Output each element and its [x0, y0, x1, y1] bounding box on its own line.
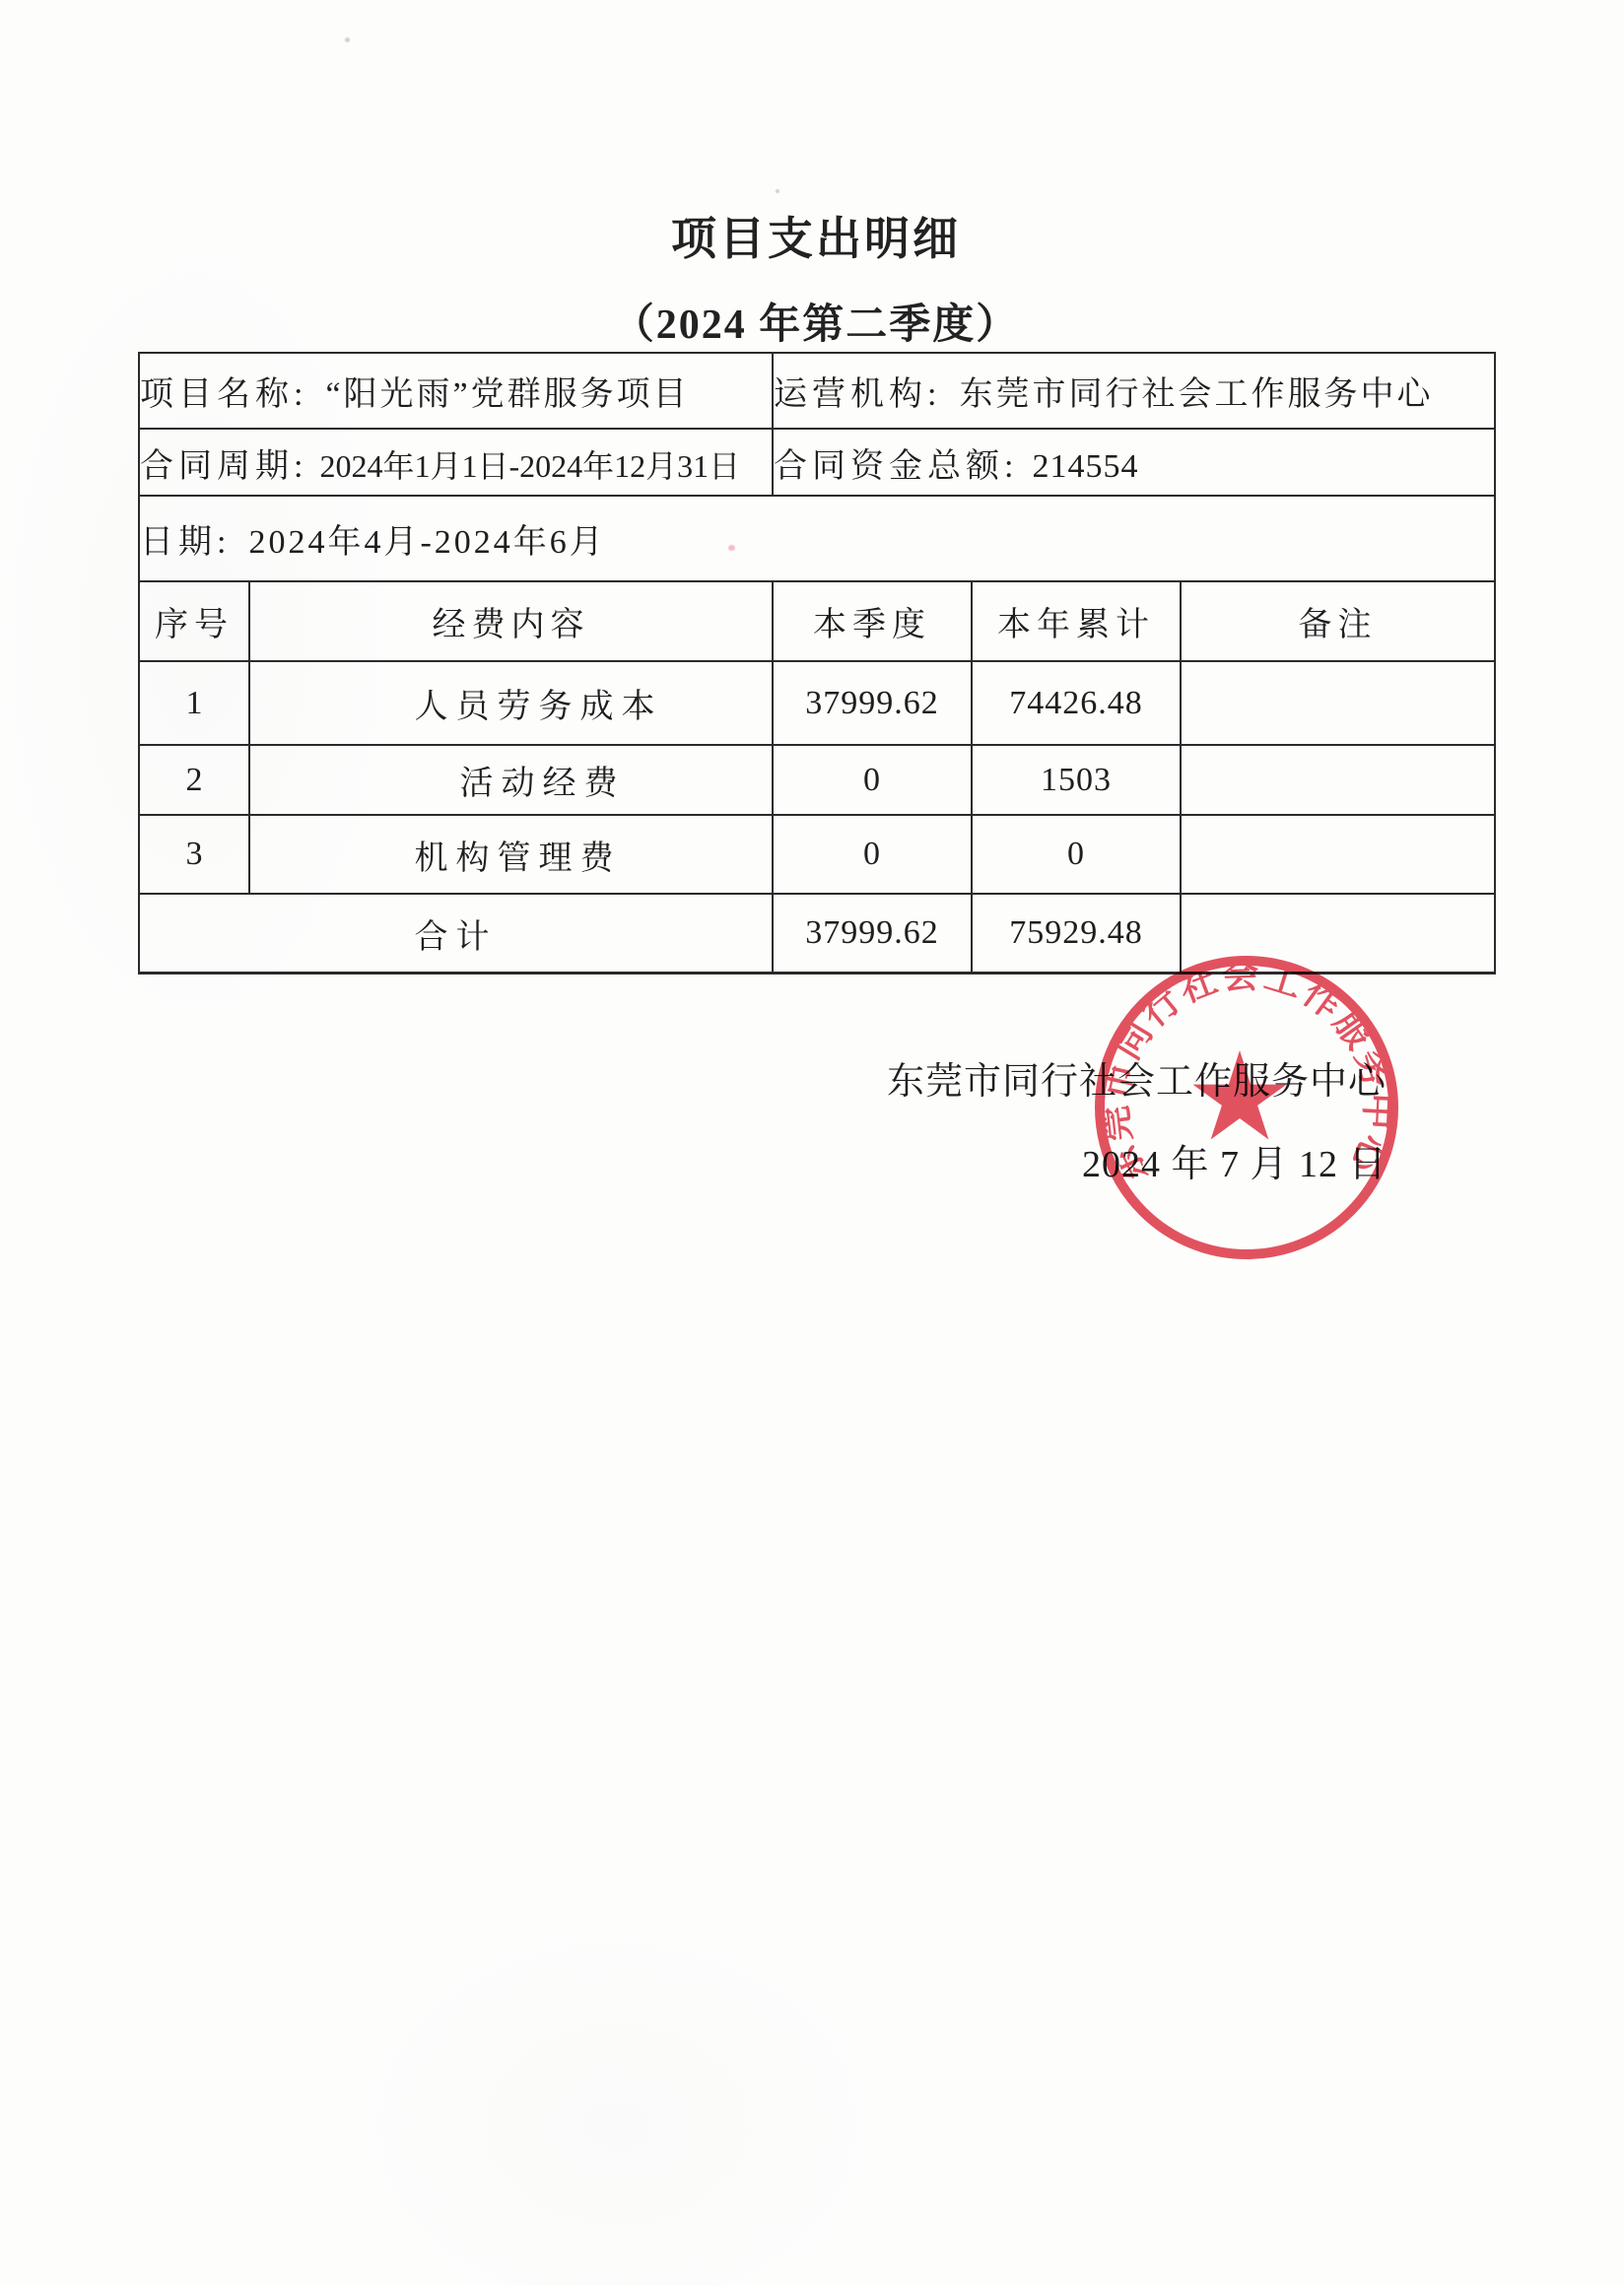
- row-quarter: 0: [773, 745, 972, 815]
- contract-amount-cell: 合同资金总额:214554: [773, 429, 1495, 496]
- total-quarter: 37999.62: [773, 894, 972, 974]
- stamp-ring-icon: [1100, 961, 1393, 1254]
- table-row: 日期:2024年4月-2024年6月: [139, 496, 1495, 581]
- document-subtitle: （2024 年第二季度）: [138, 292, 1494, 351]
- row-note: [1181, 661, 1495, 745]
- date-label: 日期:: [140, 524, 231, 561]
- header-no: 序号: [139, 581, 249, 661]
- row-content: 机构管理费: [249, 815, 773, 894]
- expenditure-table: 项目名称:“阳光雨”党群服务项目 运营机构:东莞市同行社会工作服务中心 合同周期…: [138, 352, 1496, 974]
- date-cell: 日期:2024年4月-2024年6月: [139, 496, 1495, 581]
- table-row: 2 活动经费 0 1503: [139, 745, 1495, 815]
- scan-speck: [345, 37, 350, 42]
- signature-organization: 东莞市同行社会工作服务中心: [887, 1050, 1399, 1105]
- row-quarter: 0: [773, 815, 972, 894]
- project-name-label: 项目名称:: [140, 376, 307, 413]
- contract-amount-label: 合同资金总额:: [774, 448, 1018, 485]
- row-content: 人员劳务成本: [249, 661, 773, 745]
- row-content: 活动经费: [249, 745, 773, 815]
- document-title: 项目支出明细: [138, 203, 1494, 268]
- header-content: 经费内容: [249, 581, 773, 661]
- row-ytd: 74426.48: [972, 661, 1181, 745]
- contract-period-cell: 合同周期:2024年1月1日-2024年12月31日: [139, 429, 773, 496]
- official-seal-stamp: 东莞市同行社会工作服务中心: [1091, 952, 1402, 1263]
- row-note: [1181, 815, 1495, 894]
- project-name-cell: 项目名称:“阳光雨”党群服务项目: [139, 353, 773, 429]
- row-note: [1181, 745, 1495, 815]
- operator-value: 东莞市同行社会工作服务中心: [959, 376, 1433, 413]
- total-label: 合计: [139, 894, 773, 974]
- row-no: 3: [139, 815, 249, 894]
- contract-amount-value: 214554: [1032, 448, 1138, 485]
- total-note: [1181, 894, 1495, 974]
- operator-label: 运营机构:: [774, 376, 941, 413]
- table-row: 3 机构管理费 0 0: [139, 815, 1495, 894]
- total-ytd: 75929.48: [972, 894, 1181, 974]
- row-ytd: 0: [972, 815, 1181, 894]
- table-row: 项目名称:“阳光雨”党群服务项目 运营机构:东莞市同行社会工作服务中心: [139, 353, 1495, 429]
- scanned-document-page: 项目支出明细 （2024 年第二季度） 项目名称:“阳光雨”党群服务项目 运营机…: [0, 0, 1624, 2285]
- signature-date: 2024 年 7 月 12 日: [1082, 1133, 1496, 1187]
- row-no: 1: [139, 661, 249, 745]
- table-total-row: 合计 37999.62 75929.48: [139, 894, 1495, 974]
- row-ytd: 1503: [972, 745, 1181, 815]
- header-quarter: 本季度: [773, 581, 972, 661]
- scan-speck: [776, 189, 779, 193]
- row-no: 2: [139, 745, 249, 815]
- date-value: 2024年4月-2024年6月: [248, 524, 605, 561]
- header-ytd: 本年累计: [972, 581, 1181, 661]
- row-quarter: 37999.62: [773, 661, 972, 745]
- table-row: 合同周期:2024年1月1日-2024年12月31日 合同资金总额:214554: [139, 429, 1495, 496]
- project-name-value: “阳光雨”党群服务项目: [325, 376, 689, 413]
- operator-cell: 运营机构:东莞市同行社会工作服务中心: [773, 353, 1495, 429]
- table-row: 1 人员劳务成本 37999.62 74426.48: [139, 661, 1495, 745]
- table-header-row: 序号 经费内容 本季度 本年累计 备注: [139, 581, 1495, 661]
- contract-period-value: 2024年1月1日-2024年12月31日: [319, 448, 740, 484]
- contract-period-label: 合同周期:: [140, 448, 307, 485]
- header-note: 备注: [1181, 581, 1495, 661]
